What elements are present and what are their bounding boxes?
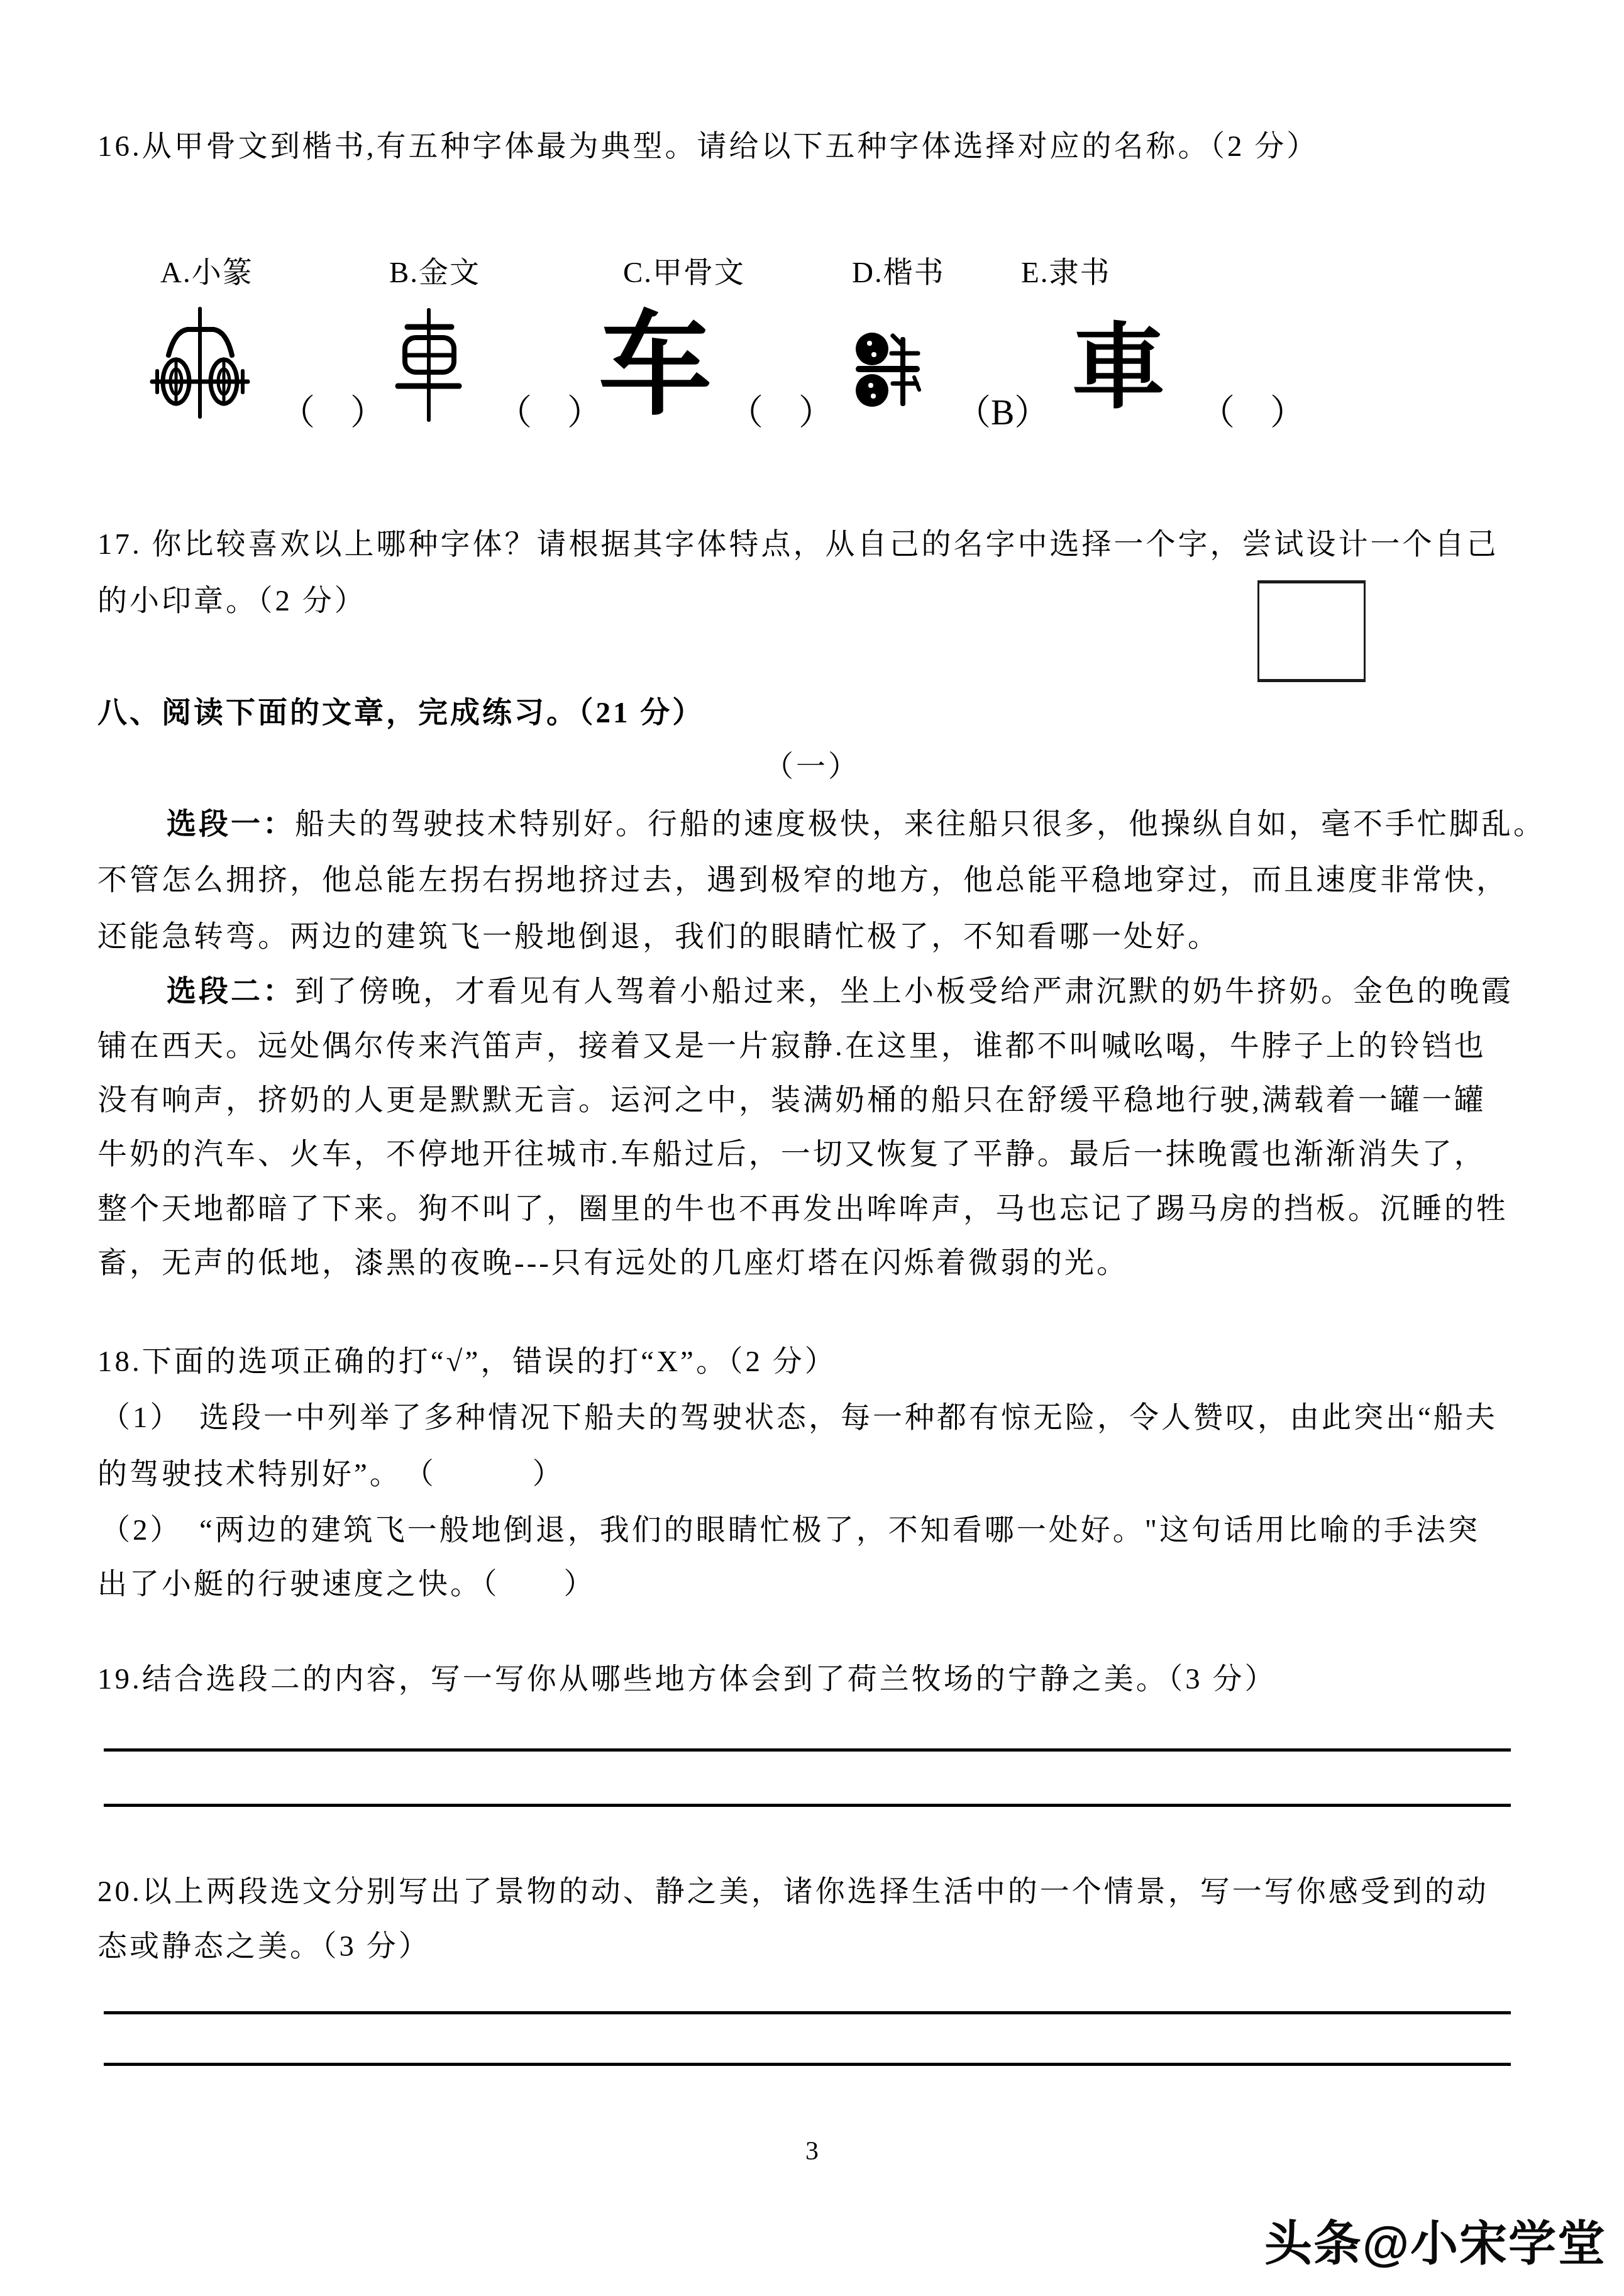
q16-option-a: A.小篆 bbox=[160, 249, 253, 291]
passage2-line6: 畜，无声的低地，漆黑的夜晚---只有远处的几座灯塔在闪烁着微弱的光。 bbox=[97, 1245, 1129, 1281]
q17-line2: 的小印章。（2 分） bbox=[97, 583, 367, 619]
q16-prompt: 16.从甲骨文到楷书,有五种字体最为典型。请给以下五种字体选择对应的名称。（2 … bbox=[97, 129, 1318, 164]
q16-blank-4: （B） bbox=[956, 385, 1049, 435]
passage2-label: 选段二： bbox=[167, 975, 295, 1008]
q18-item1-line2: 的驾驶技术特别好”。 （ ） bbox=[97, 1457, 565, 1492]
section8-heading: 八、阅读下面的文章，完成练习。（21 分） bbox=[97, 695, 704, 731]
section8-subtitle: （一） bbox=[0, 749, 1624, 785]
q18-item1-line1: （1） 选段一中列举了多种情况下船夫的驾驶状态，每一种都有惊无险，令人赞叹，由此… bbox=[101, 1400, 1498, 1435]
passage2-line1: 选段二：到了傍晚，才看见有人驾着小船过来，坐上小板受给严肃沉默的奶牛挤奶。金色的… bbox=[167, 974, 1513, 1009]
q20-line2: 态或静态之美。（3 分） bbox=[97, 1929, 431, 1964]
q17-line1: 17. 你比较喜欢以上哪种字体？请根据其字体特点，从自己的名字中选择一个字，尝试… bbox=[97, 527, 1499, 562]
passage1-line3: 还能急转弯。两边的建筑飞一般地倒退，我们的眼睛忙极了，不知看哪一处好。 bbox=[97, 919, 1220, 954]
answer-line bbox=[104, 1804, 1511, 1807]
answer-line bbox=[104, 2063, 1511, 2066]
q16-blank-5: （ ） bbox=[1200, 385, 1305, 435]
q18-prompt: 18.下面的选项正确的打“√”，错误的打“X”。（2 分） bbox=[97, 1344, 837, 1379]
q19-prompt: 19.结合选段二的内容，写一写你从哪些地方体会到了荷兰牧场的宁静之美。（3 分） bbox=[97, 1662, 1277, 1697]
q16-blank-3: （ ） bbox=[728, 385, 834, 435]
q16-blank-2: （ ） bbox=[497, 385, 602, 435]
page-number: 3 bbox=[0, 2136, 1624, 2166]
exam-page: 16.从甲骨文到楷书,有五种字体最为典型。请给以下五种字体选择对应的名称。（2 … bbox=[0, 0, 1624, 2296]
q16-option-b: B.金文 bbox=[389, 249, 480, 291]
q20-line1: 20.以上两段选文分别写出了景物的动、静之美，诸你选择生活中的一个情景，写一写你… bbox=[97, 1874, 1489, 1909]
q16-option-c: C.甲骨文 bbox=[623, 249, 745, 291]
q16-option-e: E.隶书 bbox=[1021, 249, 1110, 291]
oracle-bone-che-icon bbox=[146, 304, 254, 422]
bronze-che-icon bbox=[390, 307, 467, 423]
seal-che-icon bbox=[854, 329, 928, 414]
q16-blank-1: （ ） bbox=[280, 385, 385, 435]
passage2-line3: 没有响声，挤奶的人更是默默无言。运河之中，装满奶桶的船只在舒缓平稳地行驶,满载着… bbox=[97, 1083, 1486, 1118]
q18-item2-line1: （2） “两边的建筑飞一般地倒退，我们的眼睛忙极了，不知看哪一处好。"这句话用比… bbox=[101, 1513, 1480, 1548]
watermark: 头条@小宋学堂 bbox=[1264, 2205, 1606, 2274]
passage2-line5: 整个天地都暗了下来。狗不叫了，圈里的牛也不再发出哞哞声，马也忘记了踢马房的挡板。… bbox=[97, 1191, 1508, 1227]
passage1-line1: 选段一：船夫的驾驶技术特别好。行船的速度极快，来往船只很多，他操纵自如，毫不手忙… bbox=[167, 807, 1545, 842]
clerical-che-glyph: 車 bbox=[1072, 322, 1165, 415]
seal-design-box bbox=[1257, 580, 1366, 682]
passage1-line2: 不管怎么拥挤，他总能左拐右拐地挤过去，遇到极窄的地方，他总能平稳地穿过，而且速度… bbox=[97, 863, 1508, 898]
q16-option-d: D.楷书 bbox=[852, 249, 945, 291]
passage1-label: 选段一： bbox=[167, 808, 295, 841]
answer-line bbox=[104, 2011, 1511, 2014]
brush-che-glyph: 车 bbox=[599, 309, 712, 422]
passage2-line4: 牛奶的汽车、火车，不停地开往城市.车船过后，一切又恢复了平静。最后一抹晚霞也渐渐… bbox=[97, 1137, 1486, 1172]
passage2-line2: 铺在西天。远处偶尔传来汽笛声，接着又是一片寂静.在这里，谁都不叫喊吆喝，牛脖子上… bbox=[97, 1029, 1486, 1064]
answer-line bbox=[104, 1748, 1511, 1752]
q18-item2-line2: 出了小艇的行驶速度之快。（ ） bbox=[97, 1567, 596, 1602]
